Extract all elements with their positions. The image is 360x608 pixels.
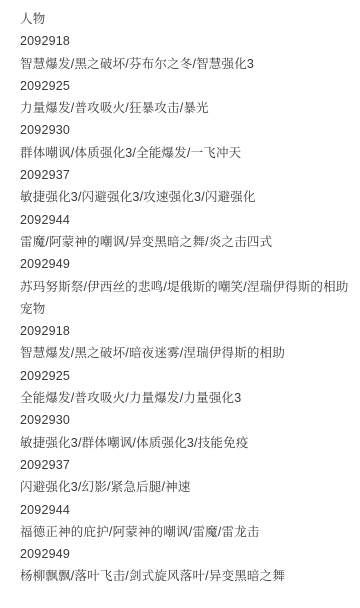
entry-id: 2092944 [20,499,360,521]
section-title-character: 人物 [20,8,360,30]
entry-skills: 杨柳飘飘/落叶飞击/剑式旋风落叶/异变黑暗之舞 [20,565,360,587]
entry-id: 2092925 [20,365,360,387]
entry-id: 2092930 [20,119,360,141]
entry-skills: 敏捷强化3/闪避强化3/攻速强化3/闪避强化 [20,186,360,208]
entry-id: 2092937 [20,164,360,186]
entry-skills: 全能爆发/普攻吸火/力量爆发/力量强化3 [20,387,360,409]
entry-id: 2092925 [20,75,360,97]
entry-id: 2092937 [20,454,360,476]
entry-id: 2092918 [20,30,360,52]
entry-skills: 雷魔/阿蒙神的嘲讽/异变黑暗之舞/炎之击四式 [20,231,360,253]
entry-id: 2092944 [20,209,360,231]
entry-id: 2092918 [20,320,360,342]
entry-id: 2092949 [20,253,360,275]
entry-id: 2092930 [20,409,360,431]
entry-skills: 智慧爆发/黑之破坏/芬布尔之冬/智慧强化3 [20,53,360,75]
entry-skills: 智慧爆发/黑之破坏/暗夜迷雾/涅瑞伊得斯的相助 [20,342,360,364]
entry-skills: 群体嘲讽/体质强化3/全能爆发/一飞冲天 [20,142,360,164]
section-title-pet: 宠物 [20,298,360,320]
entry-skills: 力量爆发/普攻吸火/狂暴攻击/暴光 [20,97,360,119]
entry-skills: 福德正神的庇护/阿蒙神的嘲讽/雷魔/雷龙击 [20,521,360,543]
entry-skills: 苏玛努斯祭/伊西丝的悲鸣/堤俄斯的嘲笑/涅瑞伊得斯的相助 [20,276,360,298]
text-page: 人物 2092918 智慧爆发/黑之破坏/芬布尔之冬/智慧强化3 2092925… [0,0,360,608]
entry-id: 2092949 [20,543,360,565]
entry-skills: 闪避强化3/幻影/紧急后腿/神速 [20,476,360,498]
entry-skills: 敏捷强化3/群体嘲讽/体质强化3/技能免疫 [20,432,360,454]
